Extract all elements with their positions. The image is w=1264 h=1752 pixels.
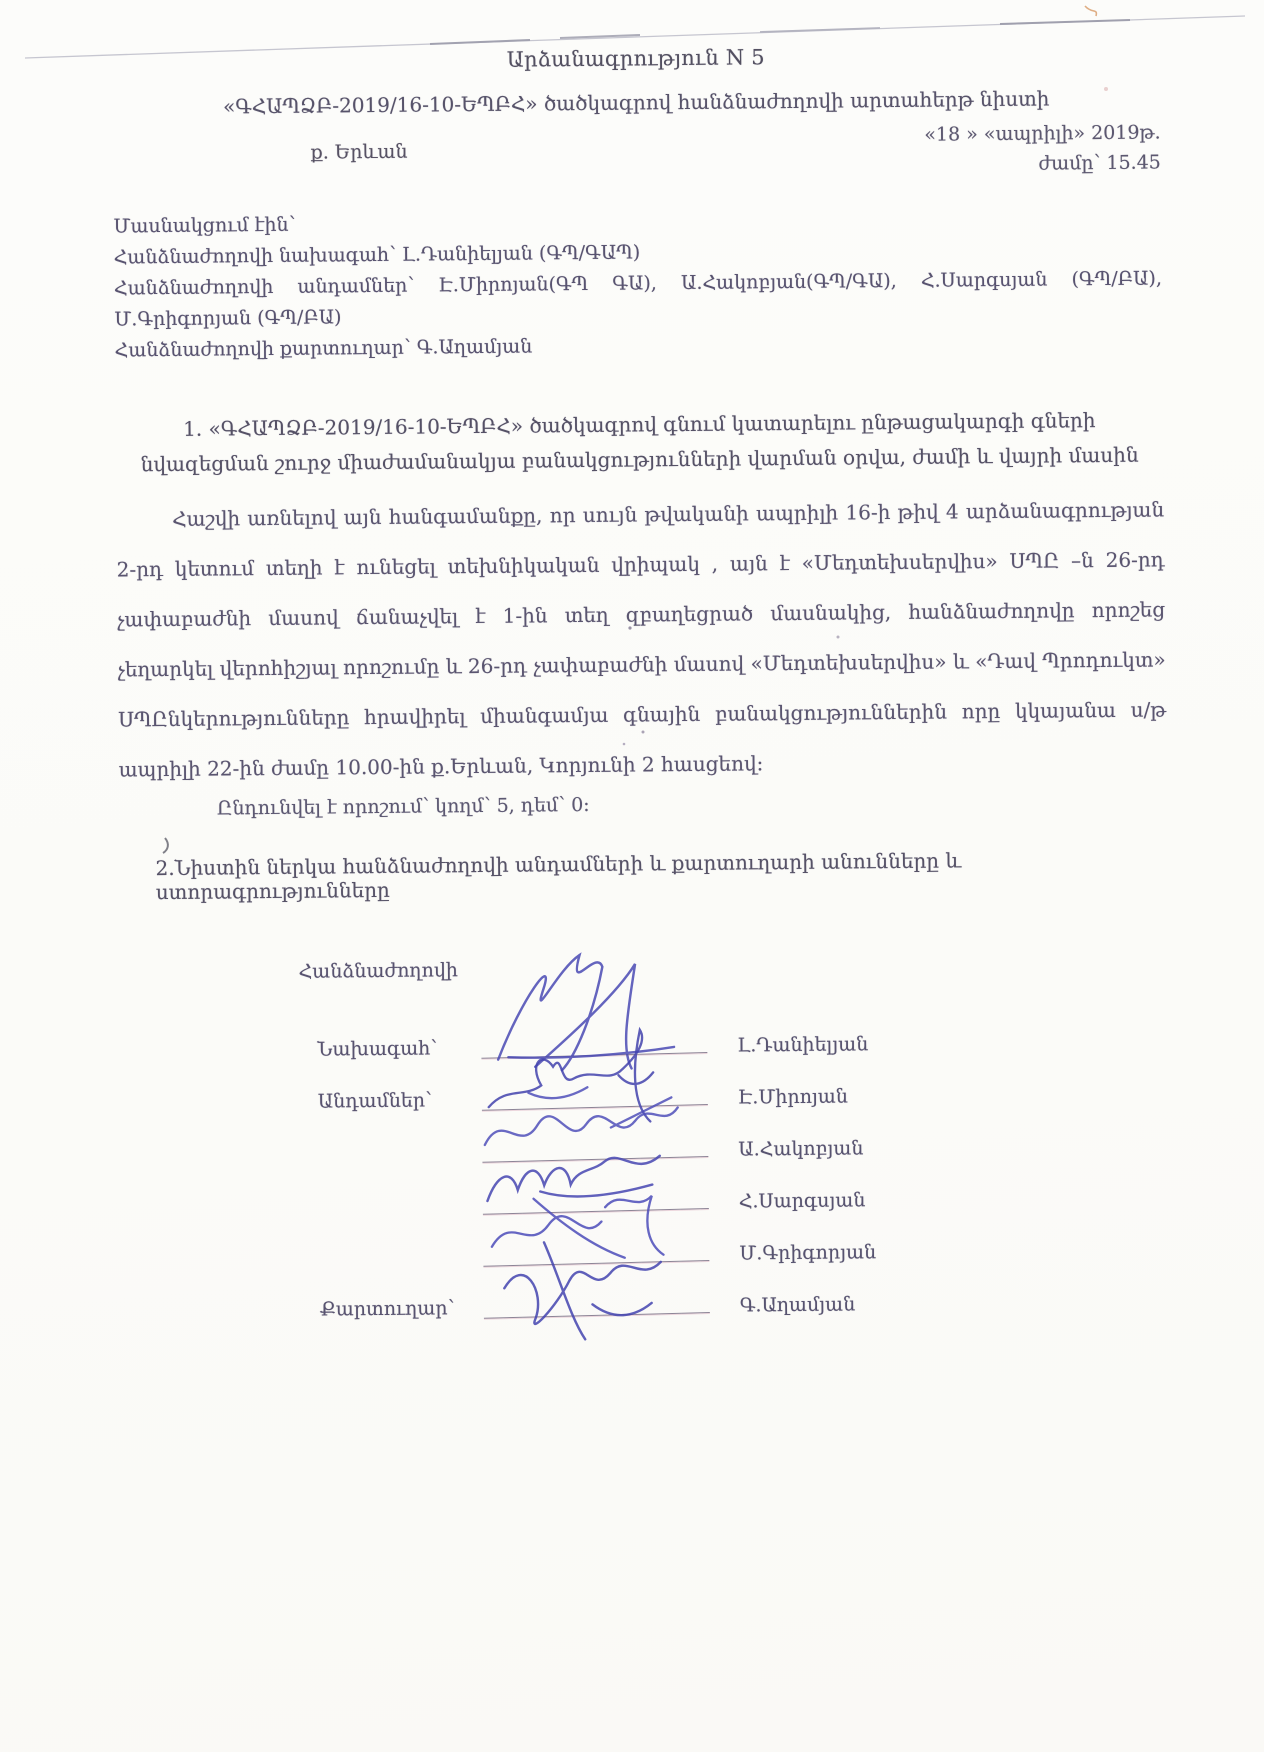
signature-row: Քարտուղար՝ Գ.Աղամյան: [320, 1272, 1172, 1332]
signature-name: Է.Միրոյան: [738, 1085, 848, 1120]
date-line: «18 » «ապրիլի» 2019թ.: [924, 117, 1161, 149]
signature-line: [482, 1104, 708, 1111]
meta-row: ք. Երևան «18 » «ապրիլի» 2019թ. ժամը՝ 15.…: [112, 117, 1161, 187]
signature-label: Անդամներ՝: [318, 1089, 482, 1125]
section1-body: Հաշվի առնելով այն հանգամանքը, որ սույն թ…: [116, 484, 1167, 794]
page-title: Արձանագրություն N 5: [112, 41, 1160, 75]
signature-ink: [464, 928, 724, 1084]
signature-name: Լ.Դանիելյան: [737, 1033, 868, 1068]
signature-label: Նախագահ՝: [317, 1037, 481, 1073]
date-block: «18 » «ապրիլի» 2019թ. ժամը՝ 15.45: [924, 117, 1161, 179]
time-line: ժամը՝ 15.45: [924, 147, 1161, 179]
page-subtitle: «ԳՀԱՊՁԲ-2019/16-10-ԵՊԲՀ» ծածկագրով հանձն…: [112, 85, 1160, 119]
signature-name: Գ.Աղամյան: [740, 1293, 856, 1328]
signature-line: [484, 1312, 710, 1319]
section1-heading: 1. «ԳՀԱՊՁԲ-2019/16-10-ԵՊԲՀ» ծածկագրով գն…: [115, 402, 1164, 482]
signature-row: Հ.Սարգսյան: [319, 1168, 1171, 1228]
section2-heading: 2.Նիստին ներկա հանձնաժողովի անդամների և …: [155, 846, 1167, 904]
signature-name: Մ.Գրիգորյան: [739, 1241, 876, 1276]
signature-name: Հ.Սարգսյան: [739, 1189, 866, 1224]
signature-label: Քարտուղար՝: [320, 1297, 484, 1333]
city-label: ք. Երևան: [310, 125, 407, 164]
signature-line: [482, 1156, 708, 1163]
signature-line: [481, 1052, 707, 1059]
signature-line: [483, 1260, 709, 1267]
document-content: Արձանագրություն N 5 «ԳՀԱՊՁԲ-2019/16-10-Ե…: [0, 0, 1264, 1336]
signature-row: Մ.Գրիգորյան: [319, 1220, 1171, 1280]
signature-row: Անդամներ՝ Է.Միրոյան: [318, 1064, 1170, 1124]
signature-row: Նախագահ՝ Լ.Դանիելյան: [317, 1000, 1170, 1072]
scanned-document-page: Արձանագրություն N 5 «ԳՀԱՊՁԲ-2019/16-10-Ե…: [0, 0, 1264, 1752]
signature-rows: Նախագահ՝ Լ.Դանիելյան Անդամներ՝: [121, 1000, 1172, 1334]
decision-line: Ընդունվել է որոշում՝ կողմ՝ 5, դեմ՝ 0:: [217, 788, 1167, 819]
signature-name: Ա.Հակոբյան: [738, 1137, 863, 1172]
signature-line: [483, 1208, 709, 1215]
signature-block: Հանձնաժողովի Նախագահ՝ Լ.Դանիելյան Անդամն: [120, 952, 1172, 1334]
signature-row: Ա.Հակոբյան: [318, 1116, 1170, 1176]
signature-group-label: Հանձնաժողովի: [298, 952, 1168, 982]
participants-block: Մասնակցում էին՝ Հանձնաժողովի նախագահ՝ Լ.…: [113, 201, 1162, 366]
